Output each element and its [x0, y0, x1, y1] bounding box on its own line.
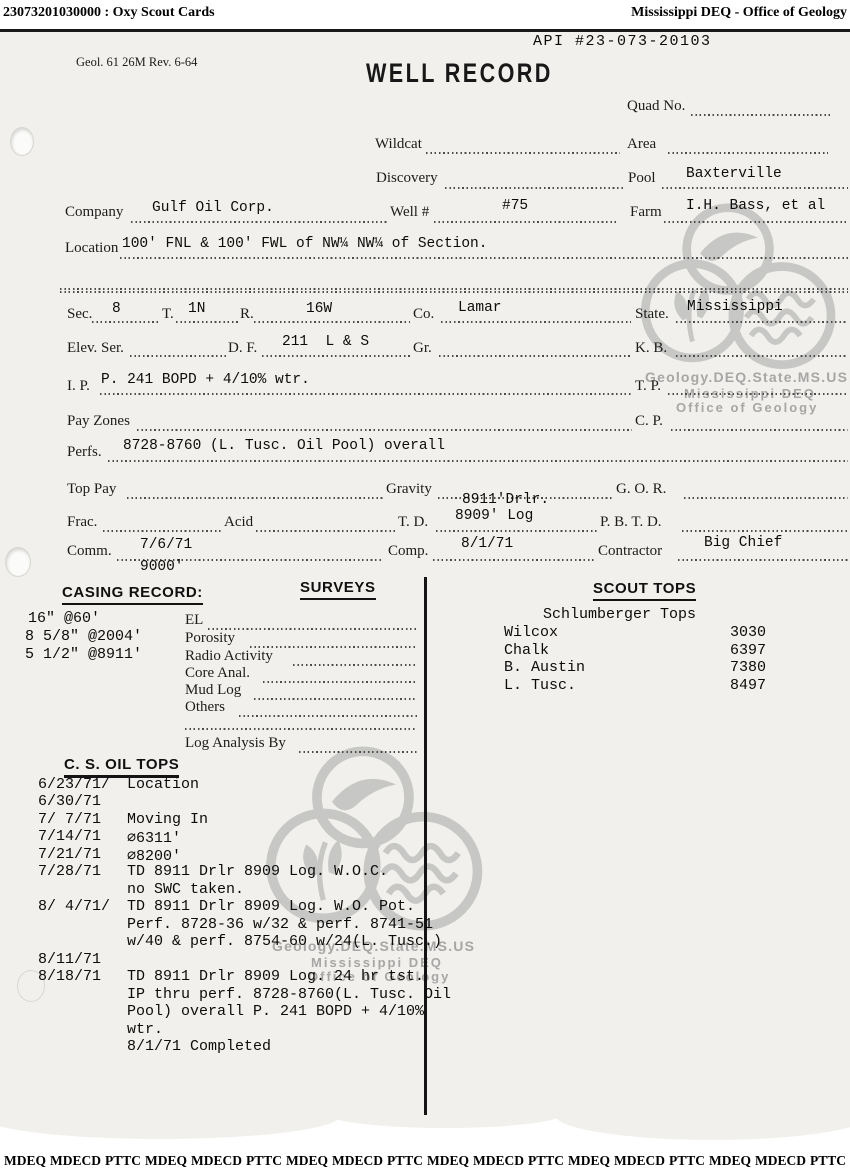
field-label-quad: Quad No.: [627, 98, 685, 115]
scanned-well-record-document: Geology.DEQ.State.MS.US Mississippi DEQ …: [0, 0, 850, 1171]
scout-tops-subtitle: Schlumberger Tops: [543, 606, 696, 623]
field-label-df: D. F.: [228, 340, 257, 357]
cs-entry-text: Location: [127, 776, 199, 793]
field-label-tp: T. P.: [635, 378, 661, 395]
section-title-casing-record: CASING RECORD:: [62, 584, 203, 605]
cs-entry-text: no SWC taken.: [127, 881, 244, 898]
field-label-pool: Pool: [628, 170, 656, 187]
cs-entry-text: TD 8911 Drlr 8909 Log. 24 hr tst.: [127, 968, 424, 985]
dotted-leader: [682, 530, 848, 532]
field-value-location: 100' FNL & 100' FWL of NW¼ NW¼ of Sectio…: [122, 236, 487, 252]
cs-entry-text: ∅6311': [127, 828, 181, 847]
field-value-sec: 8: [112, 301, 121, 317]
field-value-farm: I.H. Bass, et al: [686, 198, 825, 214]
field-label-discovery: Discovery: [376, 170, 438, 187]
field-value-comp: 8/1/71: [461, 536, 513, 552]
punch-hole: [11, 128, 33, 155]
dotted-leader: [108, 460, 848, 462]
survey-row-label: Core Anal.: [185, 665, 250, 682]
dotted-leader: [131, 221, 389, 223]
footer-strip: MDEQ MDECD PTTC MDEQ MDECD PTTC MDEQ MDE…: [0, 1148, 850, 1171]
scan-top-edge: [0, 29, 850, 32]
field-label-frac: Frac.: [67, 514, 97, 531]
field-value-contractor: Big Chief: [704, 535, 782, 551]
header-left-text: 23073201030000 : Oxy Scout Cards: [3, 5, 215, 21]
dotted-leader: [127, 497, 383, 499]
header-strip: 23073201030000 : Oxy Scout Cards Mississ…: [0, 0, 850, 29]
scout-top-name: B. Austin: [504, 659, 585, 676]
scout-top-depth: 6397: [730, 642, 766, 659]
cs-entry-text: Moving In: [127, 811, 208, 828]
dotted-leader: [239, 715, 417, 717]
torn-edge-blob: [0, 1093, 340, 1139]
torn-edge-blob: [555, 1090, 850, 1140]
casing-item: 16" @60': [28, 610, 100, 627]
field-label-gr: Gr.: [413, 340, 432, 357]
field-label-comm: Comm.: [67, 543, 112, 560]
survey-row-label: Radio Activity: [185, 648, 273, 665]
survey-log-analysis-label: Log Analysis By: [185, 735, 286, 752]
dotted-leader: [439, 355, 632, 357]
dotted-leader: [668, 393, 848, 395]
dotted-leader: [299, 751, 417, 753]
field-label-acid: Acid: [224, 514, 253, 531]
dotted-leader: [433, 559, 595, 561]
cs-entry-date: 8/11/71: [38, 951, 101, 968]
field-value-well-number: #75: [502, 198, 528, 214]
dotted-leader: [262, 355, 410, 357]
field-value-df: 211 L & S: [282, 334, 369, 350]
dotted-leader: [263, 681, 417, 683]
api-number: API #23-073-20103: [533, 33, 712, 50]
cs-entry-text: Pool) overall P. 241 BOPD + 4/10%: [127, 1003, 424, 1020]
cs-entry-text: Perf. 8728-36 w/32 & perf. 8741-51: [127, 916, 433, 933]
dotted-leader: [137, 429, 632, 431]
section-title-surveys: SURVEYS: [300, 579, 376, 600]
field-value-comm: 7/6/71: [140, 537, 192, 553]
dotted-leader: [434, 221, 618, 223]
field-label-kb: K. B.: [635, 340, 667, 357]
survey-row-label: Others: [185, 699, 225, 716]
field-label-area: Area: [627, 136, 656, 153]
field-value-company: Gulf Oil Corp.: [152, 200, 274, 216]
field-label-state: State.: [635, 306, 669, 323]
header-right-text: Mississippi DEQ - Office of Geology: [631, 5, 847, 21]
section-separator: [60, 291, 848, 293]
dotted-leader: [250, 646, 417, 648]
survey-row-label: Porosity: [185, 630, 235, 647]
dotted-leader: [185, 728, 417, 730]
field-label-wildcat: Wildcat: [375, 136, 422, 153]
dotted-leader: [671, 429, 848, 431]
torn-edge-blob: [325, 1098, 565, 1128]
field-label-range: R.: [240, 306, 254, 323]
watermark-text: Office of Geology: [676, 400, 818, 415]
dotted-leader: [120, 257, 848, 259]
cs-entry-date: 6/23/71/: [38, 776, 110, 793]
footer-text: MDEQ MDECD PTTC MDEQ MDECD PTTC MDEQ MDE…: [4, 1153, 846, 1169]
cs-entry-date: 8/18/71: [38, 968, 101, 985]
field-value-township: 1N: [188, 301, 205, 317]
survey-row-label: EL: [185, 612, 203, 629]
scout-top-depth: 8497: [730, 677, 766, 694]
dotted-leader: [256, 530, 396, 532]
dotted-leader: [662, 187, 848, 189]
scout-top-depth: 3030: [730, 624, 766, 641]
cs-entry-text: 8/1/71 Completed: [127, 1038, 271, 1055]
dotted-leader: [426, 152, 620, 154]
doc-title: WELL RECORD: [366, 58, 553, 89]
cs-entry-date: 6/30/71: [38, 793, 101, 810]
dotted-leader: [445, 187, 625, 189]
cs-entry-text: TD 8911 Drlr 8909 Log. W.O.C.: [127, 863, 388, 880]
field-label-perfs: Perfs.: [67, 444, 102, 461]
field-value-perfs: 8728-8760 (L. Tusc. Oil Pool) overall: [123, 438, 445, 454]
dotted-leader: [103, 530, 222, 532]
dotted-leader: [678, 559, 848, 561]
field-label-gravity: Gravity: [386, 481, 432, 498]
field-value-range: 16W: [306, 301, 332, 317]
field-value-state: Mississippi: [687, 299, 783, 315]
field-value-ip: P. 241 BOPD + 4/10% wtr.: [101, 372, 310, 388]
field-label-farm: Farm: [630, 204, 662, 221]
dotted-leader: [208, 628, 417, 630]
field-label-pbtd: P. B. T. D.: [600, 514, 662, 531]
field-label-location: Location: [65, 240, 118, 257]
cs-entry-date: 7/ 7/71: [38, 811, 101, 828]
field-label-comp: Comp.: [388, 543, 428, 560]
dotted-leader: [441, 321, 631, 323]
dotted-leader: [676, 321, 848, 323]
field-value-td-drlr: 8911'Drlr.: [462, 492, 549, 508]
dotted-leader: [100, 393, 632, 395]
section-separator: [60, 288, 848, 290]
cs-entry-date: 7/14/71: [38, 828, 101, 845]
field-label-well-number: Well #: [390, 204, 429, 221]
watermark-text: Geology.DEQ.State.MS.US: [645, 369, 848, 385]
casing-item: 5 1/2" @8911': [25, 646, 142, 663]
field-label-pay-zones: Pay Zones: [67, 413, 130, 430]
cs-entry-date: 7/21/71: [38, 846, 101, 863]
cs-entry-text: wtr.: [127, 1021, 163, 1038]
field-label-td: T. D.: [398, 514, 428, 531]
dotted-leader: [684, 497, 848, 499]
cs-entry-date: 7/28/71: [38, 863, 101, 880]
dotted-leader: [668, 152, 828, 154]
field-label-elev-ser: Elev. Ser.: [67, 340, 124, 357]
dotted-leader: [130, 355, 226, 357]
field-label-contractor: Contractor: [598, 543, 662, 560]
scout-top-name: Chalk: [504, 642, 549, 659]
dotted-leader: [254, 698, 417, 700]
dotted-leader: [436, 530, 598, 532]
field-label-cp: C. P.: [635, 413, 663, 430]
scout-top-name: L. Tusc.: [504, 677, 576, 694]
field-label-company: Company: [65, 204, 123, 221]
dotted-leader: [676, 355, 848, 357]
dotted-leader: [176, 321, 238, 323]
field-label-sec: Sec.: [67, 306, 92, 323]
survey-row-label: Mud Log: [185, 682, 241, 699]
cs-entry-text: IP thru perf. 8728-8760(L. Tusc. Oil: [127, 986, 451, 1003]
casing-item: 8 5/8" @2004': [25, 628, 142, 645]
form-code: Geol. 61 26M Rev. 6-64: [76, 55, 197, 70]
field-value-county: Lamar: [458, 300, 502, 316]
scout-top-name: Wilcox: [504, 624, 558, 641]
field-label-township: T.: [162, 306, 174, 323]
dotted-leader: [254, 321, 410, 323]
field-label-gor: G. O. R.: [616, 481, 666, 498]
dotted-leader: [664, 221, 848, 223]
dotted-leader: [293, 664, 417, 666]
cs-entry-text: w/40 & perf. 8754-60 w/24(L. Tusc.): [127, 933, 442, 950]
section-title-scout-tops: SCOUT TOPS: [593, 580, 696, 601]
dotted-leader: [691, 114, 830, 116]
field-value-comm-depth: 9000': [140, 559, 184, 575]
field-label-top-pay: Top Pay: [67, 481, 116, 498]
cs-entry-date: 8/ 4/71/: [38, 898, 110, 915]
field-value-td-log: 8909' Log: [455, 508, 533, 524]
cs-entry-text: TD 8911 Drlr 8909 Log. W.O. Pot.: [127, 898, 415, 915]
punch-hole: [6, 548, 30, 576]
field-label-county: Co.: [413, 306, 434, 323]
section-title-cs-oil-tops: C. S. OIL TOPS: [64, 756, 179, 778]
field-label-ip: I. P.: [67, 378, 90, 395]
scout-top-depth: 7380: [730, 659, 766, 676]
section-divider-vertical: [424, 577, 427, 1115]
field-value-pool: Baxterville: [686, 166, 782, 182]
dotted-leader: [92, 321, 158, 323]
